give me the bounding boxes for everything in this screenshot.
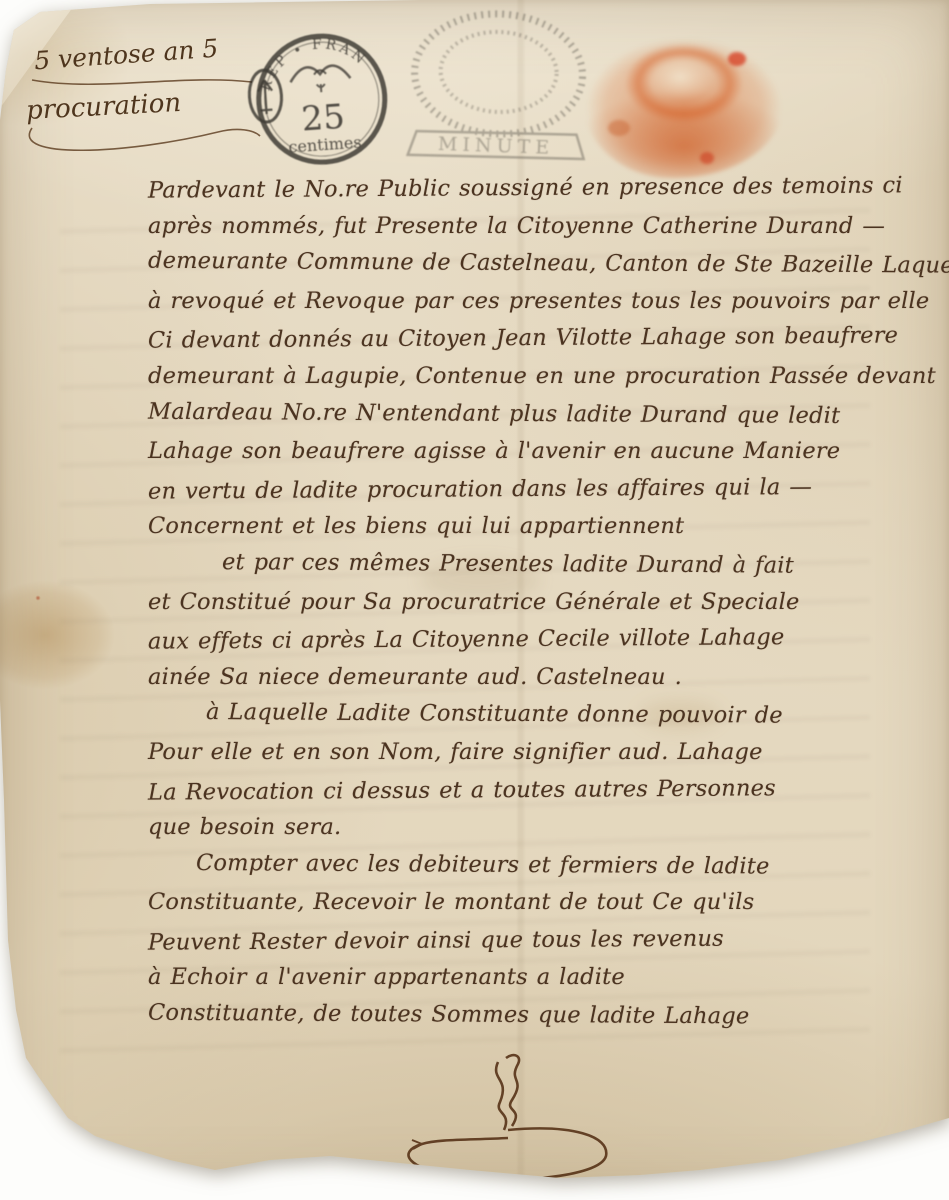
manuscript-line: La Revocation ci dessus et a toutes autr… xyxy=(148,769,908,812)
manuscript-line: à Laquelle Ladite Constituante donne pou… xyxy=(148,694,908,736)
seal-dense-spot xyxy=(728,52,746,66)
manuscript-line: à revoqué et Revoque par ces presentes t… xyxy=(148,283,908,321)
manuscript-line: ainée Sa niece demeurante aud. Castelnea… xyxy=(148,659,908,697)
scanned-document: 5 ventose an 5 procuration xyxy=(0,0,949,1200)
manuscript-line: Concernent et les biens qui lui appartie… xyxy=(148,508,908,546)
manuscript-line: après nommés, fut Presente la Citoyenne … xyxy=(148,208,908,246)
minute-stamp: MINUTE xyxy=(389,2,611,177)
notary-paraph xyxy=(358,1052,638,1184)
manuscript-line: Compter avec les debiteurs et fermiers d… xyxy=(148,844,908,886)
paper-shadow-wrapper: 5 ventose an 5 procuration xyxy=(0,0,949,1200)
manuscript-line: Peuvent Rester devoir ainsi que tous les… xyxy=(148,919,908,962)
manuscript-line: et par ces mêmes Presentes ladite Durand… xyxy=(148,544,908,586)
manuscript-line: Ci devant donnés au Citoyen Jean Vilotte… xyxy=(148,318,908,361)
manuscript-line: Constituante, Recevoir le montant de tou… xyxy=(148,884,908,922)
manuscript-line: en vertu de ladite procuration dans les … xyxy=(148,468,908,511)
manuscript-line: que besoin sera. xyxy=(148,809,908,847)
orange-wax-seal xyxy=(583,20,785,178)
manuscript-body: Pardevant le No.re Public soussigné en p… xyxy=(148,170,908,1035)
manuscript-line: demeurante Commune de Castelneau, Canton… xyxy=(148,243,908,285)
manuscript-line: Malardeau No.re N'entendant plus ladite … xyxy=(148,393,908,435)
manuscript-line: à Echoir a l'avenir appartenants a ladit… xyxy=(148,959,908,997)
manuscript-line: Pour elle et en son Nom, faire signifier… xyxy=(148,734,908,772)
seal-dense-spot xyxy=(700,152,714,164)
manuscript-line: Lahage son beaufrere agisse à l'avenir e… xyxy=(148,433,908,471)
manuscript-paper: 5 ventose an 5 procuration xyxy=(0,0,949,1200)
manuscript-line: Pardevant le No.re Public soussigné en p… xyxy=(148,167,908,210)
fiscal-stamp-25-centimes: REP ∙ FRAN 25 centimes xyxy=(233,20,415,184)
underline-flourish xyxy=(18,120,268,164)
manuscript-line: demeurant à Lagupie, Contenue en une pro… xyxy=(148,358,908,396)
seal-dense-spot xyxy=(608,120,630,136)
manuscript-line: aux effets ci après La Citoyenne Cecile … xyxy=(148,618,908,661)
manuscript-line: Constituante, de toutes Sommes que ladit… xyxy=(148,995,908,1037)
margin-note-date: 5 ventose an 5 xyxy=(33,34,219,76)
minute-stamp-label: MINUTE xyxy=(438,133,555,159)
manuscript-line: et Constitué pour Sa procuratrice Généra… xyxy=(148,584,908,622)
